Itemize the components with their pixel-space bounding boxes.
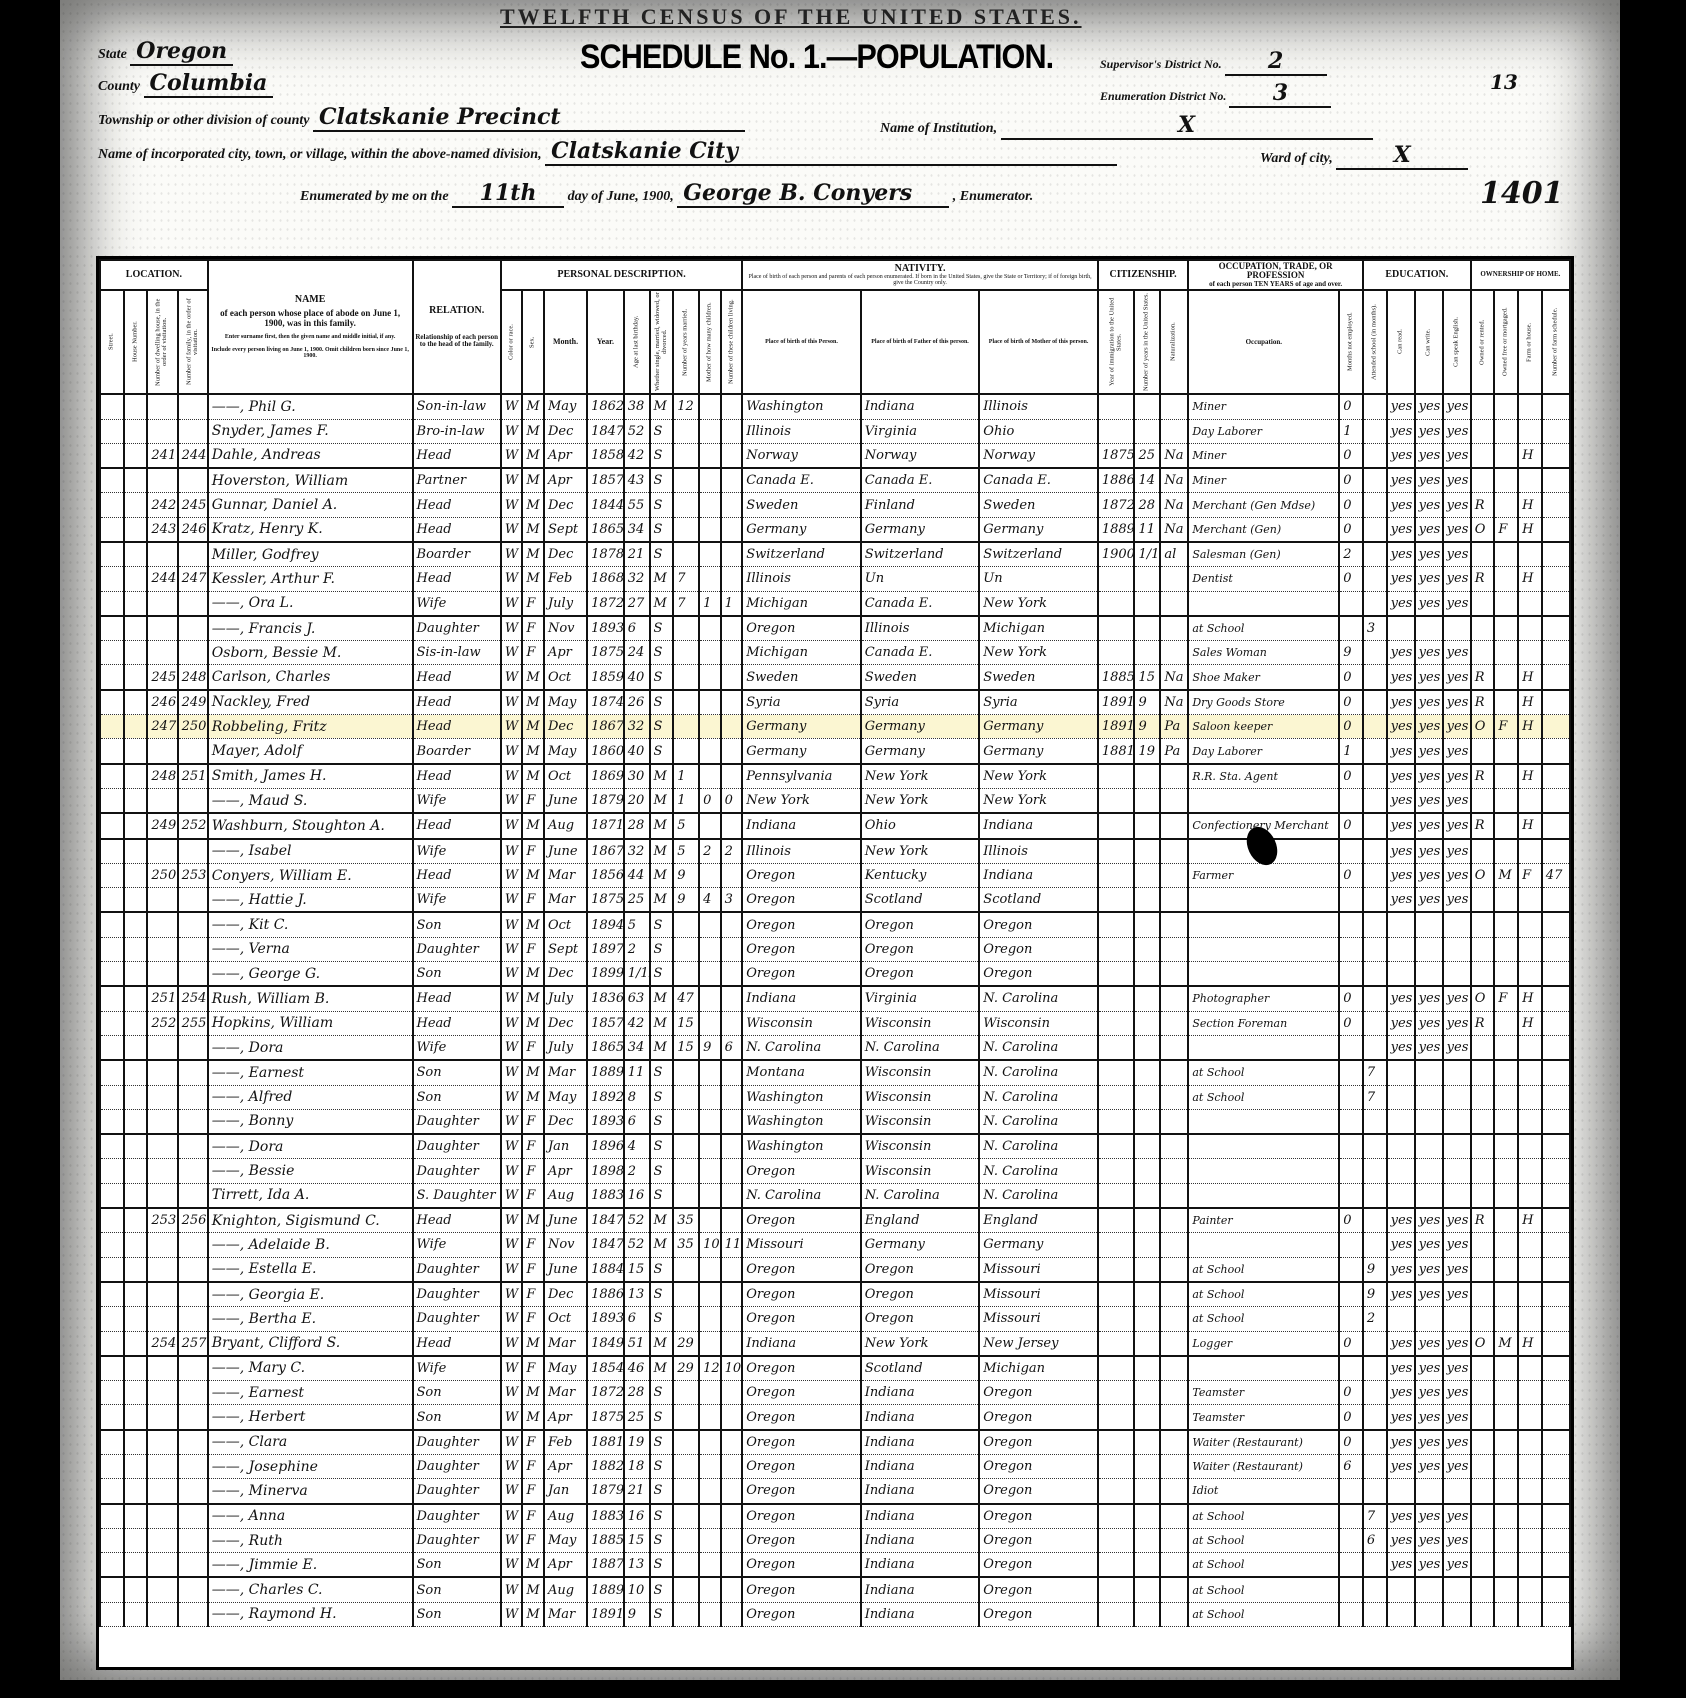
cell-years-married bbox=[673, 616, 699, 641]
cell-immigration-year bbox=[1098, 394, 1135, 419]
cell-color: W bbox=[501, 517, 523, 542]
cell-children-living bbox=[721, 1454, 743, 1478]
cell-farm-schedule bbox=[1542, 813, 1570, 838]
cell-relation: Partner bbox=[413, 468, 501, 493]
cell-person-name: Snyder, James F. bbox=[208, 419, 413, 443]
cell-school-months bbox=[1363, 1381, 1387, 1405]
cell-dwelling-number bbox=[147, 1109, 177, 1134]
cell-person-name: Rush, William B. bbox=[208, 986, 413, 1011]
cell-years-married bbox=[673, 1504, 699, 1529]
cell-birth-year: 1847 bbox=[587, 419, 624, 443]
cell-relation: Sis-in-law bbox=[413, 641, 501, 665]
cell-mother-of bbox=[699, 542, 721, 567]
cell-children-living bbox=[721, 468, 743, 493]
col-years-us: Number of years in the United States. bbox=[1134, 290, 1160, 394]
enumerator-name: George B. Conyers bbox=[677, 180, 949, 208]
cell-dwelling-number: 254 bbox=[147, 1331, 177, 1356]
cell-family-number: 249 bbox=[178, 690, 208, 715]
cell-months-unemployed: 6 bbox=[1339, 1454, 1363, 1478]
cell-mother-birthplace: Michigan bbox=[979, 616, 1098, 641]
cell-house-number bbox=[124, 1356, 148, 1381]
cell-children-living bbox=[721, 1430, 743, 1455]
cell-house-number bbox=[124, 1307, 148, 1331]
cell-years-in-us bbox=[1134, 764, 1160, 789]
cell-color: W bbox=[501, 1060, 523, 1085]
cell-mother-of bbox=[699, 1085, 721, 1109]
cell-can-read: yes bbox=[1387, 1356, 1415, 1381]
cell-children-living: 10 bbox=[721, 1356, 743, 1381]
cell-birth-year: 1854 bbox=[587, 1356, 624, 1381]
cell-occupation: Salesman (Gen) bbox=[1188, 542, 1339, 567]
cell-occupation: Section Foreman bbox=[1188, 1011, 1339, 1035]
cell-marital-status: S bbox=[650, 517, 674, 542]
district-block: Supervisor's District No. 2 Enumeration … bbox=[1100, 48, 1331, 108]
cell-children-living bbox=[721, 616, 743, 641]
cell-occupation: Saloon keeper bbox=[1188, 715, 1339, 739]
cell-color: W bbox=[501, 1430, 523, 1455]
cell-marital-status: M bbox=[650, 394, 674, 419]
cell-can-read: yes bbox=[1387, 986, 1415, 1011]
cell-owned-rented bbox=[1471, 1109, 1495, 1134]
cell-age: 10 bbox=[624, 1577, 650, 1602]
cell-owned-rented bbox=[1471, 1035, 1495, 1060]
cell-mother-of: 12 bbox=[699, 1356, 721, 1381]
cell-sex: F bbox=[522, 788, 544, 813]
cell-months-unemployed bbox=[1339, 1035, 1363, 1060]
cell-can-write: yes bbox=[1415, 813, 1443, 838]
cell-birthplace: Germany bbox=[742, 517, 861, 542]
cell-owned-rented: R bbox=[1471, 764, 1495, 789]
cell-marital-status: S bbox=[650, 1282, 674, 1307]
cell-mother-birthplace: Sweden bbox=[979, 493, 1098, 517]
cell-father-birthplace: Oregon bbox=[861, 962, 980, 987]
cell-person-name: Carlson, Charles bbox=[208, 665, 413, 690]
col-owned: Owned or rented. bbox=[1471, 290, 1495, 394]
cell-color: W bbox=[501, 888, 523, 913]
cell-school-months bbox=[1363, 641, 1387, 665]
cell-birth-month: Mar bbox=[544, 1381, 587, 1405]
cell-marital-status: S bbox=[650, 493, 674, 517]
cell-occupation: at School bbox=[1188, 1504, 1339, 1529]
cell-father-birthplace: New York bbox=[861, 788, 980, 813]
cell-immigration-year: 1881 bbox=[1098, 739, 1135, 764]
cell-free-mortgaged bbox=[1494, 888, 1518, 913]
cell-farm-house: F bbox=[1518, 863, 1542, 887]
cell-owned-rented bbox=[1471, 937, 1495, 961]
cell-years-in-us bbox=[1134, 1134, 1160, 1159]
cell-immigration-year bbox=[1098, 419, 1135, 443]
institution-label: Name of Institution, bbox=[880, 121, 997, 136]
cell-immigration-year bbox=[1098, 1159, 1135, 1183]
cell-farm-house bbox=[1518, 394, 1542, 419]
cell-house-number bbox=[124, 715, 148, 739]
cell-mother-of bbox=[699, 690, 721, 715]
cell-relation: Son bbox=[413, 912, 501, 937]
cell-dwelling-number bbox=[147, 1553, 177, 1578]
col-occupation: Occupation. bbox=[1188, 290, 1339, 394]
county-line: County Columbia bbox=[98, 70, 273, 98]
cell-marital-status: M bbox=[650, 567, 674, 591]
cell-color: W bbox=[501, 1331, 523, 1356]
cell-birth-month: Dec bbox=[544, 1109, 587, 1134]
cell-farm-house bbox=[1518, 1454, 1542, 1478]
cell-years-married bbox=[673, 1528, 699, 1552]
cell-can-write: yes bbox=[1415, 1331, 1443, 1356]
cell-farm-schedule bbox=[1542, 542, 1570, 567]
cell-house-number bbox=[124, 1479, 148, 1504]
cell-mother-birthplace: Oregon bbox=[979, 1504, 1098, 1529]
cell-age: 34 bbox=[624, 1035, 650, 1060]
cell-free-mortgaged bbox=[1494, 788, 1518, 813]
cell-speaks-english: yes bbox=[1443, 715, 1471, 739]
cell-father-birthplace: N. Carolina bbox=[861, 1183, 980, 1208]
cell-color: W bbox=[501, 1454, 523, 1478]
cell-age: 6 bbox=[624, 1307, 650, 1331]
cell-person-name: ——, George G. bbox=[208, 962, 413, 987]
cell-children-living: 3 bbox=[721, 888, 743, 913]
cell-owned-rented: O bbox=[1471, 715, 1495, 739]
cell-family-number: 247 bbox=[178, 567, 208, 591]
cell-color: W bbox=[501, 912, 523, 937]
cell-children-living bbox=[721, 690, 743, 715]
cell-years-in-us bbox=[1134, 1109, 1160, 1134]
cell-school-months bbox=[1363, 665, 1387, 690]
cell-family-number: 250 bbox=[178, 715, 208, 739]
cell-mother-of bbox=[699, 715, 721, 739]
cell-naturalization bbox=[1160, 888, 1188, 913]
cell-speaks-english: yes bbox=[1443, 493, 1471, 517]
cell-speaks-english: yes bbox=[1443, 1011, 1471, 1035]
cell-can-read: yes bbox=[1387, 1257, 1415, 1282]
table-row: ——, HerbertSonWMApr187525SOregonIndianaO… bbox=[100, 1405, 1570, 1430]
cell-age: 63 bbox=[624, 986, 650, 1011]
cell-naturalization bbox=[1160, 912, 1188, 937]
cell-can-read bbox=[1387, 1159, 1415, 1183]
cell-months-unemployed bbox=[1339, 1479, 1363, 1504]
cell-can-write: yes bbox=[1415, 394, 1443, 419]
cell-birth-month: June bbox=[544, 839, 587, 864]
cell-immigration-year bbox=[1098, 1011, 1135, 1035]
cell-age: 32 bbox=[624, 567, 650, 591]
cell-years-married bbox=[673, 443, 699, 468]
cell-free-mortgaged bbox=[1494, 419, 1518, 443]
cell-birthplace: New York bbox=[742, 788, 861, 813]
cell-farm-schedule bbox=[1542, 839, 1570, 864]
cell-street bbox=[100, 863, 124, 887]
cell-can-read: yes bbox=[1387, 1553, 1415, 1578]
cell-mother-birthplace: Norway bbox=[979, 443, 1098, 468]
cell-sex: F bbox=[522, 1528, 544, 1552]
cell-can-read bbox=[1387, 1183, 1415, 1208]
cell-can-write: yes bbox=[1415, 1528, 1443, 1552]
cell-marital-status: S bbox=[650, 1257, 674, 1282]
cell-dwelling-number bbox=[147, 739, 177, 764]
cell-farm-schedule bbox=[1542, 1257, 1570, 1282]
cell-months-unemployed bbox=[1339, 1109, 1363, 1134]
cell-immigration-year: 1872 bbox=[1098, 493, 1135, 517]
col-children-living: Number of these children living. bbox=[721, 290, 743, 394]
cell-person-name: ——, Alfred bbox=[208, 1085, 413, 1109]
cell-immigration-year bbox=[1098, 1479, 1135, 1504]
cell-can-read bbox=[1387, 1577, 1415, 1602]
cell-house-number bbox=[124, 542, 148, 567]
cell-school-months bbox=[1363, 591, 1387, 616]
cell-father-birthplace: Indiana bbox=[861, 1504, 980, 1529]
cell-house-number bbox=[124, 641, 148, 665]
cell-family-number bbox=[178, 912, 208, 937]
cell-sex: M bbox=[522, 863, 544, 887]
cell-free-mortgaged: F bbox=[1494, 986, 1518, 1011]
cell-house-number bbox=[124, 1381, 148, 1405]
cell-speaks-english: yes bbox=[1443, 1454, 1471, 1478]
cell-owned-rented bbox=[1471, 912, 1495, 937]
cell-farm-house: H bbox=[1518, 1331, 1542, 1356]
cell-birthplace: Oregon bbox=[742, 1553, 861, 1578]
cell-person-name: ——, Verna bbox=[208, 937, 413, 961]
cell-father-birthplace: Wisconsin bbox=[861, 1134, 980, 1159]
cell-owned-rented bbox=[1471, 1430, 1495, 1455]
cell-years-married bbox=[673, 1381, 699, 1405]
cell-family-number bbox=[178, 937, 208, 961]
cell-house-number bbox=[124, 863, 148, 887]
cell-farm-schedule bbox=[1542, 1331, 1570, 1356]
cell-months-unemployed bbox=[1339, 839, 1363, 864]
cell-street bbox=[100, 443, 124, 468]
cell-can-write: yes bbox=[1415, 641, 1443, 665]
cell-father-birthplace: Finland bbox=[861, 493, 980, 517]
cell-farm-house bbox=[1518, 1602, 1542, 1626]
supervisor-district-value: 2 bbox=[1225, 48, 1327, 76]
cell-marital-status: S bbox=[650, 690, 674, 715]
cell-birth-month: Oct bbox=[544, 912, 587, 937]
cell-mother-birthplace: N. Carolina bbox=[979, 1060, 1098, 1085]
cell-free-mortgaged bbox=[1494, 1528, 1518, 1552]
nativity-header-desc: Place of birth of each person and parent… bbox=[744, 274, 1096, 287]
cell-naturalization bbox=[1160, 1085, 1188, 1109]
cell-birthplace: Oregon bbox=[742, 888, 861, 913]
cell-house-number bbox=[124, 1233, 148, 1257]
cell-can-read: yes bbox=[1387, 1011, 1415, 1035]
cell-color: W bbox=[501, 937, 523, 961]
cell-relation: Head bbox=[413, 690, 501, 715]
stamp-number: 1401 bbox=[1480, 176, 1564, 211]
table-row: ——, Francis J.DaughterWFNov18936SOregonI… bbox=[100, 616, 1570, 641]
cell-mother-birthplace: N. Carolina bbox=[979, 1085, 1098, 1109]
cell-street bbox=[100, 888, 124, 913]
township-label: Township or other division of county bbox=[98, 113, 309, 128]
cell-marital-status: S bbox=[650, 1454, 674, 1478]
cell-person-name: Gunnar, Daniel A. bbox=[208, 493, 413, 517]
cell-relation: Daughter bbox=[413, 1307, 501, 1331]
cell-occupation: Shoe Maker bbox=[1188, 665, 1339, 690]
cell-can-write: yes bbox=[1415, 1011, 1443, 1035]
cell-months-unemployed: 0 bbox=[1339, 1331, 1363, 1356]
cell-house-number bbox=[124, 888, 148, 913]
cell-age: 42 bbox=[624, 443, 650, 468]
cell-owned-rented bbox=[1471, 1577, 1495, 1602]
cell-father-birthplace: N. Carolina bbox=[861, 1035, 980, 1060]
cell-street bbox=[100, 986, 124, 1011]
cell-naturalization bbox=[1160, 1331, 1188, 1356]
cell-naturalization bbox=[1160, 1528, 1188, 1552]
cell-immigration-year bbox=[1098, 1405, 1135, 1430]
cell-can-read: yes bbox=[1387, 690, 1415, 715]
cell-mother-of bbox=[699, 764, 721, 789]
cell-can-write: yes bbox=[1415, 443, 1443, 468]
cell-mother-birthplace: Oregon bbox=[979, 1479, 1098, 1504]
cell-years-in-us bbox=[1134, 1430, 1160, 1455]
cell-owned-rented bbox=[1471, 1405, 1495, 1430]
cell-can-read: yes bbox=[1387, 1504, 1415, 1529]
cell-birthplace: Oregon bbox=[742, 1208, 861, 1233]
cell-farm-house: H bbox=[1518, 493, 1542, 517]
cell-mother-birthplace: Michigan bbox=[979, 1356, 1098, 1381]
cell-relation: Head bbox=[413, 665, 501, 690]
cell-naturalization bbox=[1160, 1553, 1188, 1578]
cell-mother-of bbox=[699, 443, 721, 468]
table-row: 254257Bryant, Clifford S.HeadWMMar184951… bbox=[100, 1331, 1570, 1356]
cell-age: 52 bbox=[624, 1233, 650, 1257]
cell-free-mortgaged bbox=[1494, 1602, 1518, 1626]
cell-occupation bbox=[1188, 591, 1339, 616]
cell-house-number bbox=[124, 1602, 148, 1626]
cell-sex: M bbox=[522, 1085, 544, 1109]
cell-birth-year: 1857 bbox=[587, 468, 624, 493]
cell-farm-schedule bbox=[1542, 1060, 1570, 1085]
cell-color: W bbox=[501, 1381, 523, 1405]
cell-months-unemployed bbox=[1339, 962, 1363, 987]
cell-sex: F bbox=[522, 641, 544, 665]
cell-age: 40 bbox=[624, 665, 650, 690]
cell-occupation bbox=[1188, 912, 1339, 937]
cell-relation: Daughter bbox=[413, 1134, 501, 1159]
cell-farm-house: H bbox=[1518, 764, 1542, 789]
cell-speaks-english: yes bbox=[1443, 443, 1471, 468]
cell-children-living bbox=[721, 1479, 743, 1504]
cell-years-in-us bbox=[1134, 1060, 1160, 1085]
cell-immigration-year bbox=[1098, 1454, 1135, 1478]
census-table: LOCATION. NAME of each person whose plac… bbox=[99, 259, 1571, 1627]
census-table-frame: LOCATION. NAME of each person whose plac… bbox=[96, 256, 1574, 1670]
cell-owned-rented: R bbox=[1471, 665, 1495, 690]
cell-children-living bbox=[721, 1504, 743, 1529]
cell-street bbox=[100, 567, 124, 591]
cell-children-living bbox=[721, 863, 743, 887]
cell-sex: M bbox=[522, 542, 544, 567]
cell-dwelling-number bbox=[147, 1257, 177, 1282]
cell-house-number bbox=[124, 567, 148, 591]
cell-years-in-us bbox=[1134, 394, 1160, 419]
cell-months-unemployed bbox=[1339, 888, 1363, 913]
cell-person-name: Knighton, Sigismund C. bbox=[208, 1208, 413, 1233]
cell-school-months: 9 bbox=[1363, 1257, 1387, 1282]
cell-years-married bbox=[673, 1307, 699, 1331]
cell-house-number bbox=[124, 1109, 148, 1134]
cell-dwelling-number: 247 bbox=[147, 715, 177, 739]
cell-person-name: Smith, James H. bbox=[208, 764, 413, 789]
cell-birth-year: 1885 bbox=[587, 1528, 624, 1552]
cell-sex: F bbox=[522, 1257, 544, 1282]
cell-free-mortgaged bbox=[1494, 1011, 1518, 1035]
cell-months-unemployed bbox=[1339, 1134, 1363, 1159]
cell-birth-month: May bbox=[544, 739, 587, 764]
cell-sex: F bbox=[522, 937, 544, 961]
cell-mother-birthplace: Germany bbox=[979, 1233, 1098, 1257]
cell-owned-rented bbox=[1471, 1504, 1495, 1529]
cell-immigration-year bbox=[1098, 1208, 1135, 1233]
cell-color: W bbox=[501, 715, 523, 739]
cell-free-mortgaged bbox=[1494, 1257, 1518, 1282]
cell-naturalization bbox=[1160, 1479, 1188, 1504]
cell-birthplace: Oregon bbox=[742, 1405, 861, 1430]
cell-years-in-us bbox=[1134, 863, 1160, 887]
cell-years-in-us bbox=[1134, 1282, 1160, 1307]
cell-relation: Head bbox=[413, 813, 501, 838]
cell-birth-year: 1889 bbox=[587, 1060, 624, 1085]
cell-birthplace: Syria bbox=[742, 690, 861, 715]
cell-house-number bbox=[124, 1282, 148, 1307]
cell-mother-of: 1 bbox=[699, 591, 721, 616]
cell-birth-year: 1899 bbox=[587, 962, 624, 987]
cell-can-write: yes bbox=[1415, 591, 1443, 616]
cell-years-married: 15 bbox=[673, 1011, 699, 1035]
cell-dwelling-number bbox=[147, 1035, 177, 1060]
cell-farm-house: H bbox=[1518, 813, 1542, 838]
table-row: 247250Robbeling, FritzHeadWMDec186732SGe… bbox=[100, 715, 1570, 739]
cell-children-living bbox=[721, 739, 743, 764]
cell-birth-year: 1869 bbox=[587, 764, 624, 789]
cell-school-months bbox=[1363, 986, 1387, 1011]
cell-years-married bbox=[673, 517, 699, 542]
cell-sex: F bbox=[522, 1109, 544, 1134]
cell-street bbox=[100, 1257, 124, 1282]
cell-school-months bbox=[1363, 1356, 1387, 1381]
cell-mother-of bbox=[699, 1454, 721, 1478]
cell-years-married bbox=[673, 962, 699, 987]
cell-color: W bbox=[501, 1035, 523, 1060]
cell-father-birthplace: Virginia bbox=[861, 419, 980, 443]
cell-birth-year: 1879 bbox=[587, 788, 624, 813]
col-years-married: Number of years married. bbox=[673, 290, 699, 394]
cell-birth-year: 1847 bbox=[587, 1233, 624, 1257]
cell-age: 27 bbox=[624, 591, 650, 616]
cell-marital-status: M bbox=[650, 1233, 674, 1257]
cell-birth-year: 1881 bbox=[587, 1430, 624, 1455]
cell-children-living bbox=[721, 1405, 743, 1430]
cell-marital-status: M bbox=[650, 1035, 674, 1060]
cell-can-read: yes bbox=[1387, 1405, 1415, 1430]
cell-birthplace: Michigan bbox=[742, 641, 861, 665]
cell-mother-of bbox=[699, 1257, 721, 1282]
cell-birth-year: 1882 bbox=[587, 1454, 624, 1478]
cell-school-months bbox=[1363, 788, 1387, 813]
cell-family-number bbox=[178, 419, 208, 443]
cell-immigration-year bbox=[1098, 1183, 1135, 1208]
cell-age: 16 bbox=[624, 1504, 650, 1529]
cell-speaks-english: yes bbox=[1443, 591, 1471, 616]
cell-free-mortgaged bbox=[1494, 962, 1518, 987]
cell-occupation: Waiter (Restaurant) bbox=[1188, 1454, 1339, 1478]
cell-can-read: yes bbox=[1387, 1430, 1415, 1455]
cell-mother-birthplace: Oregon bbox=[979, 1553, 1098, 1578]
cell-person-name: ——, Dora bbox=[208, 1134, 413, 1159]
cell-speaks-english bbox=[1443, 1183, 1471, 1208]
cell-birthplace: Oregon bbox=[742, 962, 861, 987]
cell-dwelling-number bbox=[147, 641, 177, 665]
cell-farm-house: H bbox=[1518, 1011, 1542, 1035]
cell-free-mortgaged bbox=[1494, 616, 1518, 641]
enumerated-suffix: day of June, 1900, bbox=[568, 189, 674, 204]
